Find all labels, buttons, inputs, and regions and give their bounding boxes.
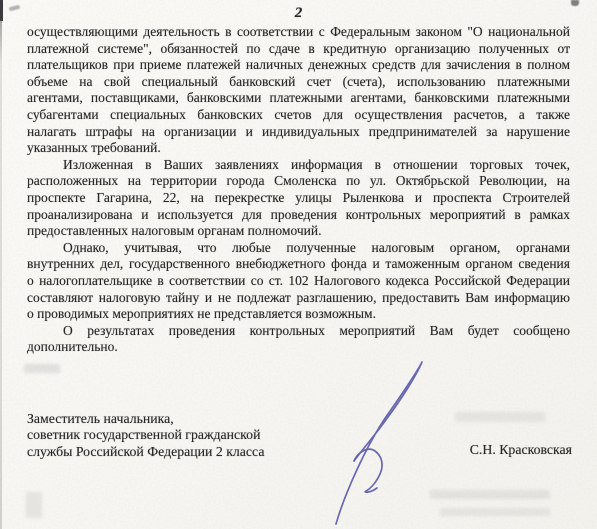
scan-edge-strip bbox=[0, 0, 2, 529]
text-line: дополнительно. bbox=[27, 339, 570, 356]
text-line: О результатах проведения контрольных мер… bbox=[27, 323, 570, 340]
text-line: проанализирована и используется для пров… bbox=[27, 207, 570, 224]
text-line: плательщиков при приеме платежей наличны… bbox=[27, 57, 570, 74]
paragraph: О результатах проведения контрольных мер… bbox=[27, 323, 570, 356]
signer-name: С.Н. Красковская bbox=[470, 442, 572, 458]
signoff-line: советник государственной гражданской bbox=[27, 427, 264, 443]
text-line: о налогоплательщике в соответствии со ст… bbox=[27, 273, 570, 290]
text-line: внутренних дел, государственного внебюдж… bbox=[27, 256, 570, 273]
signature-main-stroke bbox=[336, 362, 422, 524]
paragraph: Однако, учитывая, что любые полученные н… bbox=[27, 240, 570, 323]
scan-smudge bbox=[430, 490, 550, 499]
text-line: объеме на свой специальный банковский сч… bbox=[27, 74, 570, 91]
signature-ink bbox=[322, 350, 437, 529]
scan-smudge bbox=[26, 492, 42, 518]
scan-smudge bbox=[455, 412, 545, 422]
text-line: платежной системе", обязанностей по сдач… bbox=[27, 41, 570, 58]
scan-edge-corner-mark bbox=[0, 0, 3, 21]
text-line: осуществляющими деятельность в соответст… bbox=[27, 24, 570, 41]
text-line: проспекте Гагарина, 22, на перекрестке у… bbox=[27, 190, 570, 207]
page-number: 2 bbox=[0, 5, 597, 22]
scan-smudge bbox=[24, 364, 60, 373]
text-line: Изложенная в Ваших заявлениях информация… bbox=[27, 157, 570, 174]
text-line: субагентами специальных банковских счето… bbox=[27, 107, 570, 124]
text-line: расположенных на территории города Смоле… bbox=[27, 173, 570, 190]
signoff-line: Заместитель начальника, bbox=[27, 411, 264, 427]
scan-speck-top-right bbox=[571, 0, 579, 6]
signoff-block: Заместитель начальника,советник государс… bbox=[27, 411, 264, 460]
text-line: налагать штрафы на организации и индивид… bbox=[27, 124, 570, 141]
text-line: предоставленных налоговым органам полном… bbox=[27, 223, 570, 240]
scanned-letter-page: 2 осуществляющими деятельность в соответ… bbox=[0, 0, 597, 529]
body-paragraphs: осуществляющими деятельность в соответст… bbox=[27, 24, 570, 356]
text-line: агентами, поставщиками, банковскими плат… bbox=[27, 90, 570, 107]
paragraph: осуществляющими деятельность в соответст… bbox=[27, 24, 570, 157]
text-line: о проводимых мероприятиях не представляе… bbox=[27, 306, 570, 323]
text-line: Однако, учитывая, что любые полученные н… bbox=[27, 240, 570, 257]
text-line: указанных требований. bbox=[27, 140, 570, 157]
signature-curl-stroke bbox=[354, 449, 382, 492]
signoff-line: службы Российской Федерации 2 класса bbox=[27, 444, 264, 460]
text-line: составляют налоговую тайну и не подлежат… bbox=[27, 290, 570, 307]
scan-smudge bbox=[440, 508, 550, 516]
paragraph: Изложенная в Ваших заявлениях информация… bbox=[27, 157, 570, 240]
